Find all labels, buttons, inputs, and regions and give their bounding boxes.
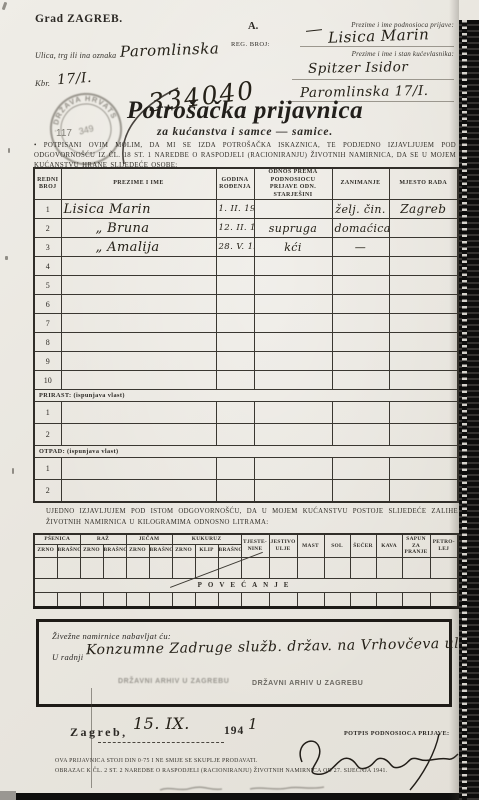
sub-brasno: BRAŠNO — [57, 544, 80, 557]
table-row: 3 „ Amalija 28. V. 1940 kći — — [34, 238, 458, 257]
sub-zrno: ZRNO — [172, 544, 195, 557]
table-row: 1 Lisica Marin 1. II. 1912 želj. čin. Za… — [34, 200, 458, 219]
povecanje-row: POVEĆANJE — [34, 578, 458, 592]
section-letter: A. — [248, 21, 258, 32]
ration-card-form: Grad ZAGREB. A. REG. BROJ: Prezime i ime… — [0, 0, 479, 800]
street-value-handwritten: Paromlinska — [120, 41, 220, 59]
place-label: Zagreb, — [70, 725, 128, 740]
shop-label: U radnji — [52, 652, 83, 662]
house-number-handwritten: 17/I. — [57, 71, 93, 87]
otpad-row: 2 — [34, 480, 458, 502]
otpad-row: 1 — [34, 458, 458, 480]
col-kava: KAVA — [376, 534, 402, 557]
paper-edge-shadow — [449, 0, 459, 800]
supplies-declaration-text: UJEDNO IZJAVLJUJEM POD ISTOM ODGOVORNOŠĆ… — [46, 507, 458, 528]
date-handwritten: 15. IX. — [133, 716, 190, 732]
archive-stamp: DRŽAVNI ARHIV U ZAGREBU — [252, 680, 363, 687]
col-header-workplace: MJESTO RADA — [389, 168, 458, 200]
col-raz: RAŽ — [80, 534, 126, 544]
house-owner-label: Prezime i ime i stan kućevlasnika: — [318, 50, 454, 58]
table-row: 8 — [34, 333, 458, 352]
col-jestivo-ulje: JESTIVO ULJE — [269, 534, 297, 557]
scan-artifact — [8, 148, 10, 153]
table-row: 5 — [34, 276, 458, 295]
footnote-price: OVA PRIJAVNICA STOJI DIN 0·75 I NE SMIJE… — [55, 758, 435, 764]
table-row: 2 „ Bruna 12. II. 1912 supruga domaćica — [34, 219, 458, 238]
col-secer: ŠEĆER — [350, 534, 376, 557]
scan-artifact — [5, 256, 8, 260]
supplies-empty-row — [34, 592, 458, 607]
house-owner-name-handwritten: Spitzer Isidor — [308, 61, 409, 76]
scan-artifact — [12, 468, 14, 474]
table-row: 7 — [34, 314, 458, 333]
col-header-num: REDNI BROJ — [34, 168, 61, 200]
sub-zrno: ZRNO — [80, 544, 103, 557]
table-row: 10 — [34, 371, 458, 390]
street-label: Ulica, trg ili ina oznaka — [35, 51, 116, 60]
supplies-empty-row — [34, 557, 458, 578]
sub-brasno: BRAŠNO — [149, 544, 172, 557]
year-printed: 194 — [224, 725, 244, 737]
col-header-born: GODINA ROĐENJA — [216, 168, 254, 200]
sub-klip: KLIP — [195, 544, 218, 557]
archive-stamp: DRŽAVNI ARHIV U ZAGREBU — [118, 678, 229, 685]
form-title: Potrošačka prijavnica — [33, 97, 457, 125]
sub-zrno: ZRNO — [34, 544, 57, 557]
col-sapun: SAPUN ZA PRANJE — [402, 534, 430, 557]
table-row: 9 — [34, 352, 458, 371]
col-header-occupation: ZANIMANJE — [332, 168, 389, 200]
col-mast: MAST — [297, 534, 324, 557]
purchase-intro-label: Živežne namirnice nabavljat ću: — [52, 631, 171, 641]
supplies-table: PŠENICA RAŽ JEČAM KUKURUZ TJESTE- NINE J… — [33, 533, 459, 609]
footnote-legal: OBRAZAC K ČL. 2 ST. 2 NAREDBE O RASPODJE… — [55, 768, 435, 774]
prirast-row: 2 — [34, 424, 458, 446]
year-digit-handwritten: 1 — [248, 717, 258, 732]
household-table: REDNI BROJ PREZIME I IME GODINA ROĐENJA … — [33, 167, 457, 503]
date-line — [98, 742, 224, 743]
prirast-row: 1 — [34, 402, 458, 424]
table-row: 4 — [34, 257, 458, 276]
scan-edge-binding — [459, 20, 479, 800]
scan-edge-gap — [0, 791, 16, 800]
form-subtitle: za kućanstva i samce — samice. — [33, 126, 457, 138]
applicant-name-handwritten: Lisica Marin — [328, 27, 430, 46]
col-kukuruz: KUKURUZ — [172, 534, 241, 544]
house-number-label: Kbr. — [35, 78, 50, 88]
scan-artifact — [2, 2, 8, 11]
sub-brasno: BRAŠNO — [218, 544, 241, 557]
rule-line — [300, 46, 454, 47]
col-sol: SOL — [324, 534, 350, 557]
table-row: 6 — [34, 295, 458, 314]
sub-zrno: ZRNO — [126, 544, 149, 557]
col-psenica: PŠENICA — [34, 534, 80, 544]
col-header-name: PREZIME I IME — [61, 168, 216, 200]
rule-line — [292, 79, 454, 80]
otpad-section-label: OTPAD: (ispunjava vlast) — [34, 446, 458, 458]
scan-edge-bottom — [0, 793, 479, 800]
col-header-relation: ODNOS PREMA PODNOSIOCU PRIJAVE ODN. STAR… — [254, 168, 332, 200]
prirast-section-label: PRIRAST: (ispunjava vlast) — [34, 390, 458, 402]
city-header: Grad ZAGREB. — [35, 13, 123, 25]
reg-number-label: REG. BROJ: — [231, 41, 270, 48]
col-jecam: JEČAM — [126, 534, 172, 544]
pen-dash — [306, 29, 322, 32]
sub-brasno: BRAŠNO — [103, 544, 126, 557]
